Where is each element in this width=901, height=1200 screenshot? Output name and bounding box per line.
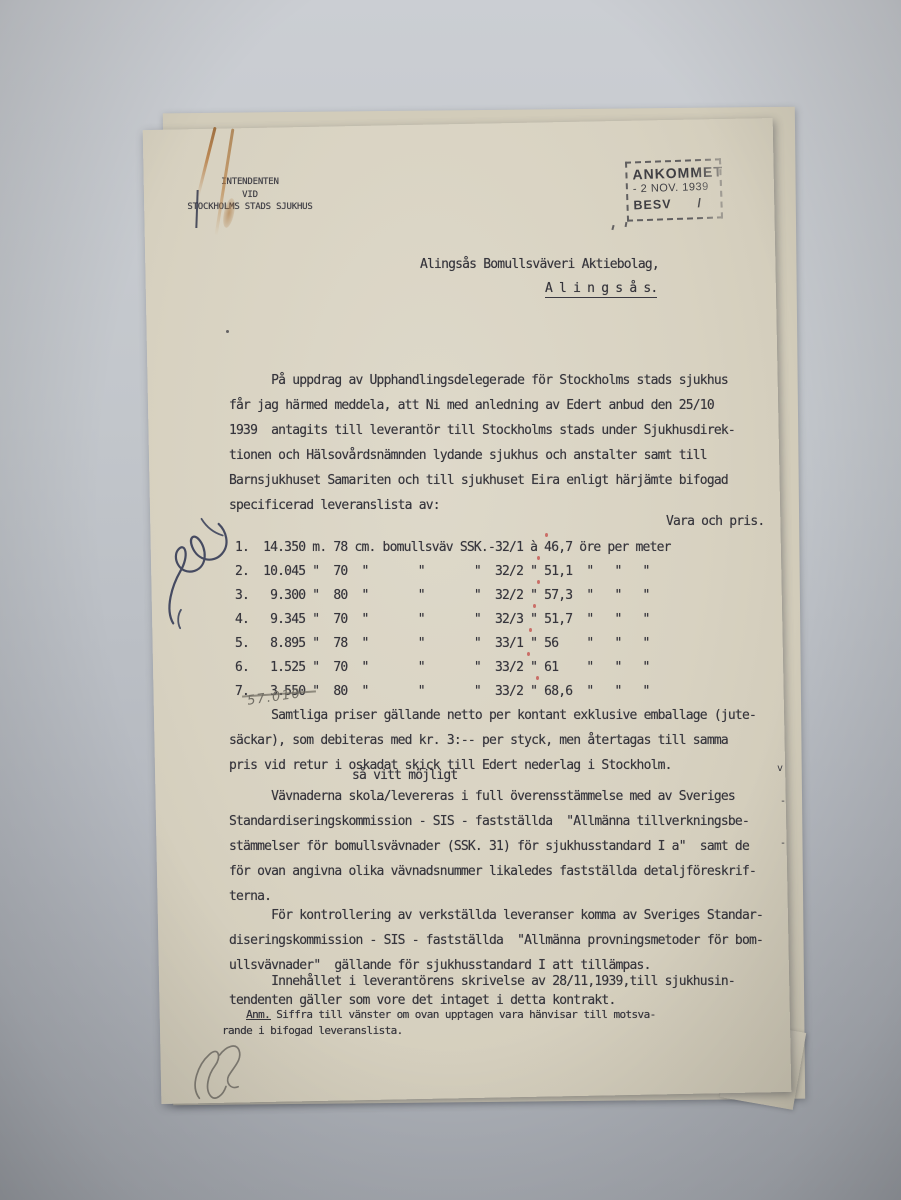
recipient-city: A l i n g s å s.: [545, 281, 657, 298]
prices-paragraph: Samtliga priser gällande netto per konta…: [229, 703, 756, 778]
text-line: rande i bifogad leveranslista.: [222, 1023, 656, 1039]
red-check-speck: [536, 676, 539, 680]
price-list-row: 1. 14.350 m. 78 cm. bomullsväv SSK.-32/1…: [235, 536, 671, 560]
red-check-speck: [537, 580, 540, 584]
letterhead-line: VID: [180, 189, 320, 202]
text-line: får jag härmed meddela, att Ni med anled…: [229, 393, 735, 418]
price-list-header: Vara och pris.: [666, 514, 764, 529]
correction-underline: [377, 799, 384, 800]
contract-paragraph: Innehållet i leverantörens skrivelse av …: [229, 972, 735, 1010]
intro-paragraph: På uppdrag av Upphandlingsdelegerade för…: [229, 368, 735, 518]
recipient-name: Alingsås Bomullsväveri Aktiebolag,: [420, 257, 659, 272]
text-line: säckar), som debiteras med kr. 3:-- per …: [229, 728, 756, 753]
red-check-speck: [529, 628, 532, 632]
text-line: Standardiseringskommission - SIS - fasts…: [229, 809, 756, 834]
text-line: Anm. Siffra till vänster om ovan upptage…: [222, 1007, 656, 1023]
red-check-speck: [527, 652, 530, 656]
control-paragraph: För kontrollering av verkställda leveran…: [229, 903, 763, 978]
ink-speck: [611, 225, 614, 230]
text-line: diseringskommission - SIS - fastställda …: [229, 928, 763, 953]
stamp-besv: BESV: [633, 197, 672, 213]
text-line: För kontrollering av verkställda leveran…: [229, 903, 763, 928]
document-photo: INTENDENTEN VID STOCKHOLMS STADS SJUKHUS…: [0, 0, 901, 1200]
text-line: Innehållet i leverantörens skrivelse av …: [229, 972, 735, 991]
price-list-row: 2. 10.045 " 70 " " " 32/2 " 51,1 " " ": [235, 560, 671, 584]
price-list: 1. 14.350 m. 78 cm. bomullsväv SSK.-32/1…: [235, 536, 671, 704]
text-line: stämmelser för bomullsvävnader (SSK. 31)…: [229, 834, 756, 859]
price-list-row: 6. 1.525 " 70 " " " 33/2 " 61 " " ": [235, 656, 671, 680]
text-line: Barnsjukhuset Samariten och till sjukhus…: [229, 468, 735, 493]
ink-speck: [625, 222, 628, 227]
letter-content: INTENDENTEN VID STOCKHOLMS STADS SJUKHUS…: [0, 0, 901, 1200]
text-line: specificerad leveranslista av:: [229, 493, 735, 518]
text-line: Vävnaderna skola/levereras i full överen…: [229, 784, 756, 809]
price-list-row: 4. 9.345 " 70 " " " 32/3 " 51,7 " " ": [235, 608, 671, 632]
red-check-speck: [533, 604, 536, 608]
footnote: Anm. Siffra till vänster om ovan upptage…: [222, 1007, 656, 1038]
ink-signature: [140, 496, 270, 638]
red-check-speck: [537, 556, 540, 560]
text-line: för ovan angivna olika vävnadsnummer lik…: [229, 859, 756, 884]
margin-pen-mark: -: [780, 838, 786, 849]
stamp-fade: [693, 158, 723, 219]
text-line: tionen och Hälsovårdsnämnden lydande sju…: [229, 443, 735, 468]
margin-pen-mark: v: [777, 763, 783, 774]
arrival-stamp: ANKOMMET - 2 NOV. 1939 BESV/: [625, 158, 723, 221]
ink-speck: [226, 330, 229, 333]
anm-underline: [246, 1019, 271, 1020]
text-line: På uppdrag av Upphandlingsdelegerade för…: [229, 368, 735, 393]
standards-paragraph: Vävnaderna skola/levereras i full överen…: [229, 784, 756, 909]
text-line: 1939 antagits till leverantör till Stock…: [229, 418, 735, 443]
typed-insertion: så vitt möjligt: [352, 768, 457, 783]
price-list-row: 3. 9.300 " 80 " " " 32/2 " 57,3 " " ": [235, 584, 671, 608]
margin-pen-mark: -: [780, 796, 786, 807]
price-list-row: 5. 8.895 " 78 " " " 33/1 " 56 " " ": [235, 632, 671, 656]
text-line: Samtliga priser gällande netto per konta…: [229, 703, 756, 728]
text-line: pris vid retur i oskadat skick till Eder…: [229, 753, 756, 778]
letterhead-line: STOCKHOLMS STADS SJUKHUS: [180, 201, 320, 214]
pencil-initials: [173, 1027, 256, 1118]
red-check-speck: [545, 533, 548, 537]
